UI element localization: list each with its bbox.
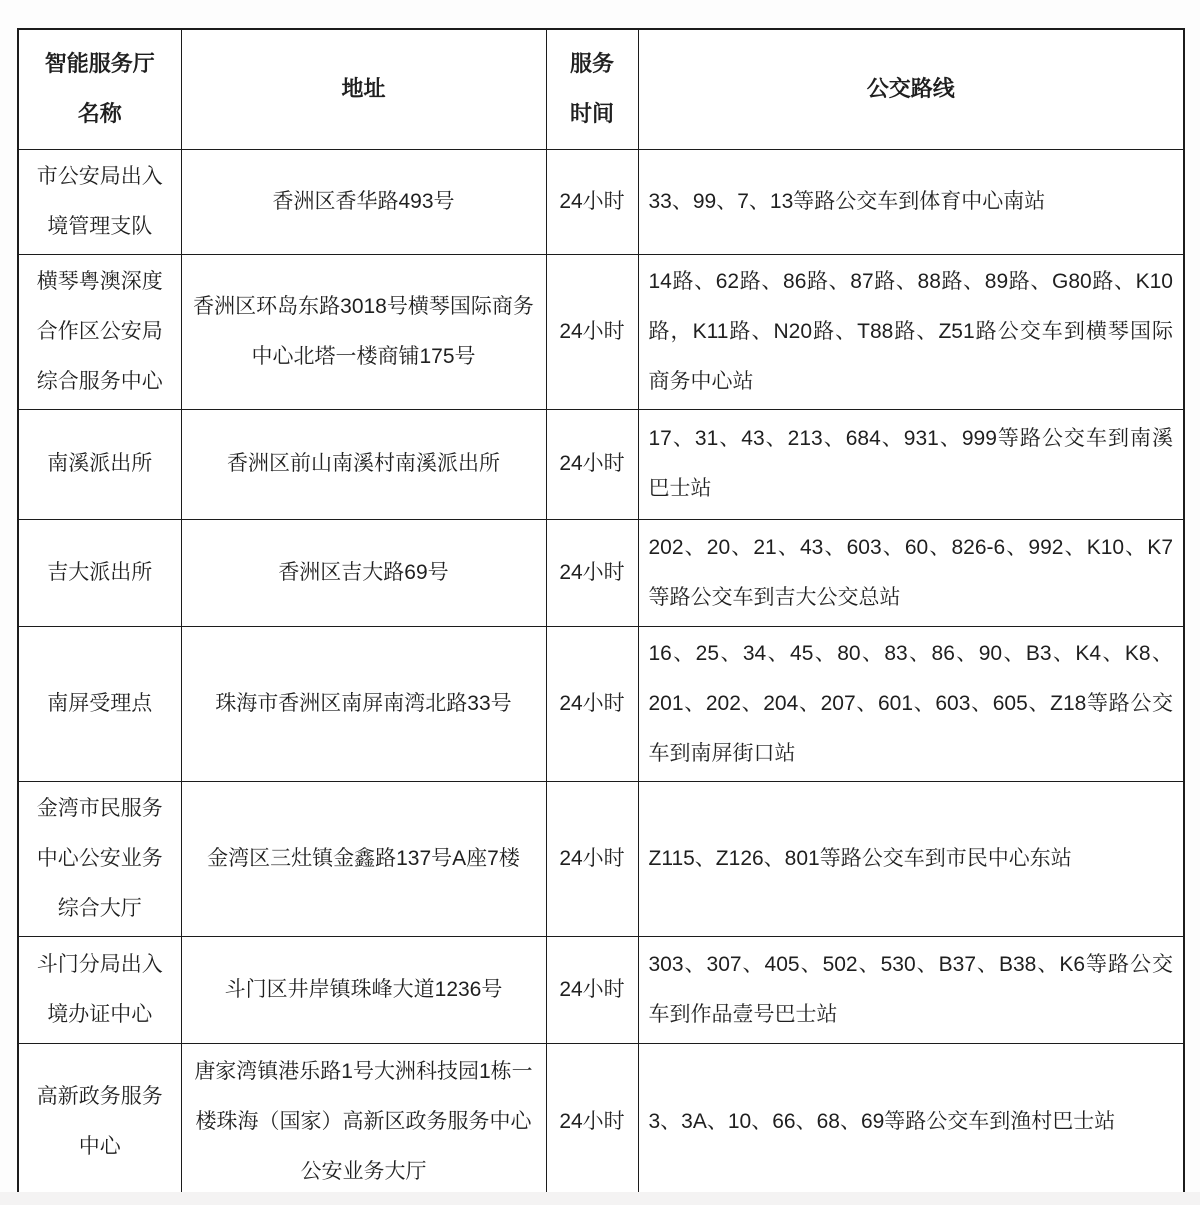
table-row: 吉大派出所 香洲区吉大路69号 24小时 202、20、21、43、603、60… bbox=[18, 519, 1184, 626]
bottom-strip bbox=[0, 1192, 1200, 1205]
hours-cell: 24小时 bbox=[546, 626, 638, 781]
hall-name-cell: 横琴粤澳深度合作区公安局综合服务中心 bbox=[18, 254, 181, 409]
bus-routes-cell: 17、31、43、213、684、931、999等路公交车到南溪巴士站 bbox=[638, 409, 1184, 519]
hall-name-cell: 南溪派出所 bbox=[18, 409, 181, 519]
hours-cell: 24小时 bbox=[546, 1043, 638, 1201]
service-halls-table: 智能服务厅 名称 地址 服务 时间 公交路线 市公安局出入境管理支队 香洲区香华… bbox=[17, 28, 1185, 1202]
table-row: 高新政务服务中心 唐家湾镇港乐路1号大洲科技园1栋一楼珠海（国家）高新区政务服务… bbox=[18, 1043, 1184, 1201]
address-cell: 香洲区吉大路69号 bbox=[181, 519, 546, 626]
bus-routes-cell: 14路、62路、86路、87路、88路、89路、G80路、K10路，K11路、N… bbox=[638, 254, 1184, 409]
hours-cell: 24小时 bbox=[546, 936, 638, 1043]
address-cell: 唐家湾镇港乐路1号大洲科技园1栋一楼珠海（国家）高新区政务服务中心公安业务大厅 bbox=[181, 1043, 546, 1201]
hall-name-cell: 南屏受理点 bbox=[18, 626, 181, 781]
address-cell: 珠海市香洲区南屏南湾北路33号 bbox=[181, 626, 546, 781]
hall-name-cell: 吉大派出所 bbox=[18, 519, 181, 626]
address-cell: 金湾区三灶镇金鑫路137号A座7楼 bbox=[181, 781, 546, 936]
hours-cell: 24小时 bbox=[546, 519, 638, 626]
bus-routes-cell: 33、99、7、13等路公交车到体育中心南站 bbox=[638, 149, 1184, 254]
hours-cell: 24小时 bbox=[546, 409, 638, 519]
header-hall-name: 智能服务厅 名称 bbox=[18, 29, 181, 149]
hours-cell: 24小时 bbox=[546, 781, 638, 936]
hours-cell: 24小时 bbox=[546, 254, 638, 409]
address-cell: 香洲区环岛东路3018号横琴国际商务中心北塔一楼商铺175号 bbox=[181, 254, 546, 409]
bus-routes-cell: 303、307、405、502、530、B37、B38、K6等路公交车到作品壹号… bbox=[638, 936, 1184, 1043]
hall-name-cell: 金湾市民服务中心公安业务综合大厅 bbox=[18, 781, 181, 936]
table-row: 南溪派出所 香洲区前山南溪村南溪派出所 24小时 17、31、43、213、68… bbox=[18, 409, 1184, 519]
table-row: 斗门分局出入境办证中心 斗门区井岸镇珠峰大道1236号 24小时 303、307… bbox=[18, 936, 1184, 1043]
address-cell: 香洲区香华路493号 bbox=[181, 149, 546, 254]
table-row: 南屏受理点 珠海市香洲区南屏南湾北路33号 24小时 16、25、34、45、8… bbox=[18, 626, 1184, 781]
bus-routes-cell: 202、20、21、43、603、60、826-6、992、K10、K7等路公交… bbox=[638, 519, 1184, 626]
header-service-hours: 服务 时间 bbox=[546, 29, 638, 149]
hours-cell: 24小时 bbox=[546, 149, 638, 254]
bus-routes-cell: Z115、Z126、801等路公交车到市民中心东站 bbox=[638, 781, 1184, 936]
header-address: 地址 bbox=[181, 29, 546, 149]
header-row: 智能服务厅 名称 地址 服务 时间 公交路线 bbox=[18, 29, 1184, 149]
table-row: 市公安局出入境管理支队 香洲区香华路493号 24小时 33、99、7、13等路… bbox=[18, 149, 1184, 254]
table-row: 金湾市民服务中心公安业务综合大厅 金湾区三灶镇金鑫路137号A座7楼 24小时 … bbox=[18, 781, 1184, 936]
bus-routes-cell: 16、25、34、45、80、83、86、90、B3、K4、K8、201、202… bbox=[638, 626, 1184, 781]
hall-name-cell: 市公安局出入境管理支队 bbox=[18, 149, 181, 254]
bus-routes-cell: 3、3A、10、66、68、69等路公交车到渔村巴士站 bbox=[638, 1043, 1184, 1201]
hall-name-cell: 高新政务服务中心 bbox=[18, 1043, 181, 1201]
table-row: 横琴粤澳深度合作区公安局综合服务中心 香洲区环岛东路3018号横琴国际商务中心北… bbox=[18, 254, 1184, 409]
address-cell: 香洲区前山南溪村南溪派出所 bbox=[181, 409, 546, 519]
address-cell: 斗门区井岸镇珠峰大道1236号 bbox=[181, 936, 546, 1043]
page: 智能服务厅 名称 地址 服务 时间 公交路线 市公安局出入境管理支队 香洲区香华… bbox=[0, 0, 1200, 1205]
hall-name-cell: 斗门分局出入境办证中心 bbox=[18, 936, 181, 1043]
header-bus-routes: 公交路线 bbox=[638, 29, 1184, 149]
